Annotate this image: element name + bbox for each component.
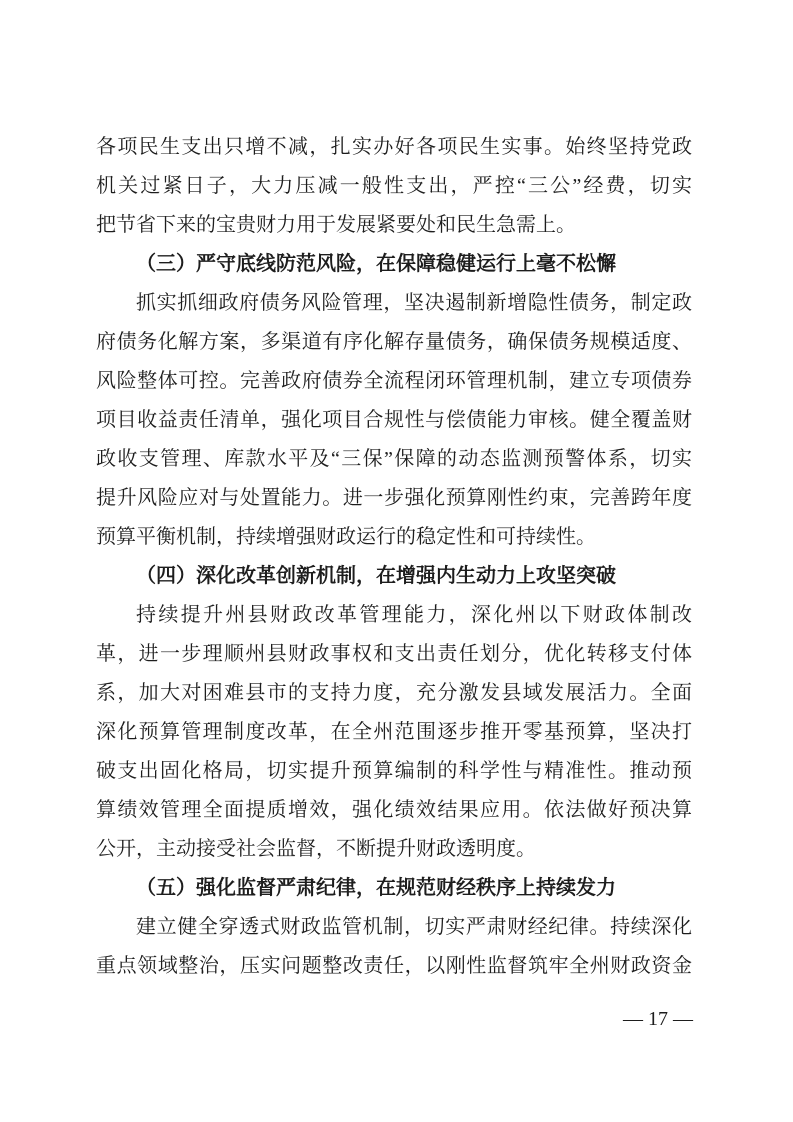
text-line: 府债务化解方案，多渠道有序化解存量债务，确保债务规模适度、 — [96, 323, 692, 362]
text-line: 抓实抓细政府债务风险管理，坚决遏制新增隐性债务，制定政 — [96, 284, 692, 323]
text-line: 项目收益责任清单，强化项目合规性与偿债能力审核。健全覆盖财 — [96, 401, 692, 440]
text-line: 预算平衡机制，持续增强财政运行的稳定性和可持续性。 — [96, 518, 692, 557]
text-line: 系，加大对困难县市的支持力度，充分激发县域发展活力。全面 — [96, 674, 692, 713]
body-paragraph: 各项民生支出只增不减，扎实办好各项民生实事。始终坚持党政机关过紧日子，大力压减一… — [96, 128, 692, 245]
text-line: 重点领域整治，压实问题整改责任，以刚性监督筑牢全州财政资金 — [96, 947, 692, 986]
text-line: 革，进一步理顺州县财政事权和支出责任划分，优化转移支付体 — [96, 635, 692, 674]
text-line: 深化预算管理制度改革，在全州范围逐步推开零基预算，坚决打 — [96, 713, 692, 752]
text-line: 政收支管理、库款水平及“三保”保障的动态监测预警体系，切实 — [96, 440, 692, 479]
body-paragraph: 抓实抓细政府债务风险管理，坚决遏制新增隐性债务，制定政府债务化解方案，多渠道有序… — [96, 284, 692, 557]
body-paragraph: 建立健全穿透式财政监管机制，切实严肃财经纪律。持续深化重点领域整治，压实问题整改… — [96, 908, 692, 986]
body-paragraph: 持续提升州县财政改革管理能力，深化州以下财政体制改革，进一步理顺州县财政事权和支… — [96, 596, 692, 869]
text-line: 机关过紧日子，大力压减一般性支出，严控“三公”经费，切实 — [96, 167, 692, 206]
page-number: — 17 — — [623, 1006, 693, 1032]
section-heading: （三）严守底线防范风险，在保障稳健运行上毫不松懈 — [96, 245, 692, 284]
text-line: 提升风险应对与处置能力。进一步强化预算刚性约束，完善跨年度 — [96, 479, 692, 518]
document-content: 各项民生支出只增不减，扎实办好各项民生实事。始终坚持党政机关过紧日子，大力压减一… — [96, 128, 692, 986]
text-line: 算绩效管理全面提质增效，强化绩效结果应用。依法做好预决算 — [96, 791, 692, 830]
text-line: 破支出固化格局，切实提升预算编制的科学性与精准性。推动预 — [96, 752, 692, 791]
section-heading: （四）深化改革创新机制，在增强内生动力上攻坚突破 — [96, 557, 692, 596]
text-line: 风险整体可控。完善政府债券全流程闭环管理机制，建立专项债券 — [96, 362, 692, 401]
text-line: 公开，主动接受社会监督，不断提升财政透明度。 — [96, 830, 692, 869]
text-line: 把节省下来的宝贵财力用于发展紧要处和民生急需上。 — [96, 206, 692, 245]
text-line: 各项民生支出只增不减，扎实办好各项民生实事。始终坚持党政 — [96, 128, 692, 167]
section-heading: （五）强化监督严肃纪律，在规范财经秩序上持续发力 — [96, 869, 692, 908]
text-line: 建立健全穿透式财政监管机制，切实严肃财经纪律。持续深化 — [96, 908, 692, 947]
text-line: 持续提升州县财政改革管理能力，深化州以下财政体制改 — [96, 596, 692, 635]
